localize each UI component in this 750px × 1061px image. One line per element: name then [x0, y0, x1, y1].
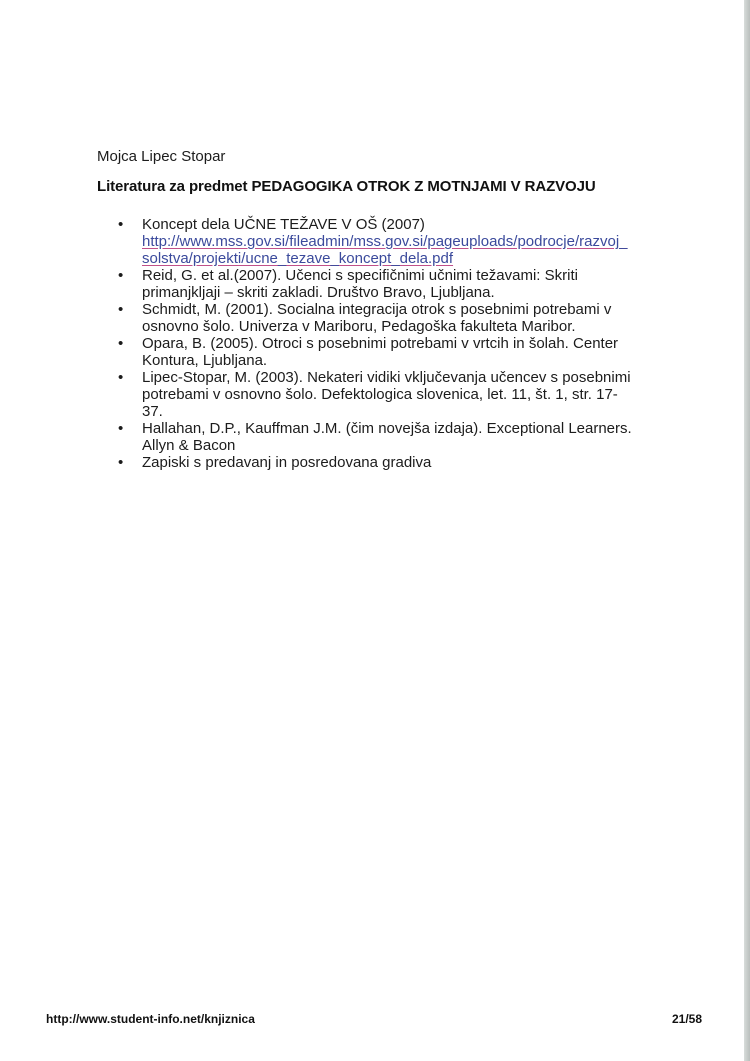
bullet-icon: • [118, 216, 123, 233]
bullet-icon: • [118, 454, 123, 471]
reference-text: Reid, G. et al.(2007). Učenci s specifič… [142, 267, 578, 301]
bullet-icon: • [118, 420, 123, 437]
reference-text: Opara, B. (2005). Otroci s posebnimi pot… [142, 335, 618, 369]
reference-list: • Koncept dela UČNE TEŽAVE V OŠ (2007) h… [112, 216, 632, 471]
reference-item: • Hallahan, D.P., Kauffman J.M. (čim nov… [112, 420, 632, 454]
reference-text: Zapiski s predavanj in posredovana gradi… [142, 454, 431, 471]
bullet-icon: • [118, 369, 123, 386]
reference-item: • Opara, B. (2005). Otroci s posebnimi p… [112, 335, 632, 369]
reference-link[interactable]: http://www.mss.gov.si/fileadmin/mss.gov.… [142, 233, 632, 267]
reference-item: • Koncept dela UČNE TEŽAVE V OŠ (2007) h… [112, 216, 632, 267]
reference-item: • Lipec-Stopar, M. (2003). Nekateri vidi… [112, 369, 632, 420]
reference-item: • Reid, G. et al.(2007). Učenci s specif… [112, 267, 632, 301]
reference-item: • Schmidt, M. (2001). Socialna integraci… [112, 301, 632, 335]
reference-text: Koncept dela UČNE TEŽAVE V OŠ (2007) [142, 216, 425, 233]
page-number: 21/58 [672, 1012, 702, 1026]
bullet-icon: • [118, 267, 123, 284]
reference-text: Schmidt, M. (2001). Socialna integracija… [142, 301, 611, 335]
page-heading: Literatura za predmet PEDAGOGIKA OTROK Z… [97, 178, 596, 196]
bullet-icon: • [118, 335, 123, 352]
reference-text: Lipec-Stopar, M. (2003). Nekateri vidiki… [142, 369, 631, 420]
footer-url: http://www.student-info.net/knjiznica [46, 1012, 255, 1026]
scan-page-edge [744, 0, 750, 1061]
reference-item: • Zapiski s predavanj in posredovana gra… [112, 454, 632, 471]
author-name: Mojca Lipec Stopar [97, 148, 225, 166]
reference-text: Hallahan, D.P., Kauffman J.M. (čim novej… [142, 420, 632, 454]
bullet-icon: • [118, 301, 123, 318]
